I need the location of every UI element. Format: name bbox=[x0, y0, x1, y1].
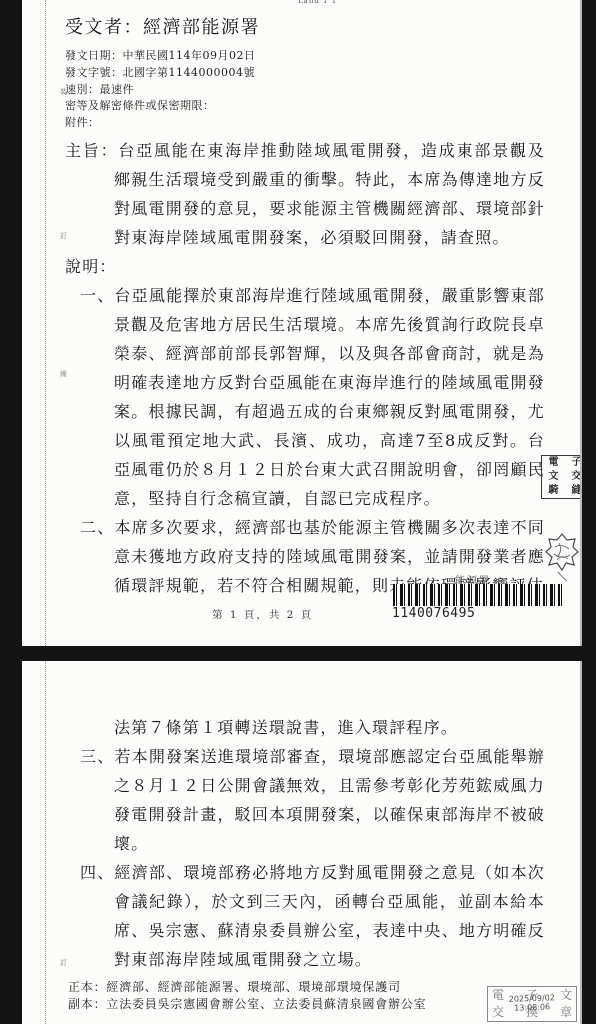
page1-body: 主旨：台亞風能在東海岸推動陸域風電開發，造成東部景觀及鄉親生活環境受到嚴重的衝擊… bbox=[65, 136, 545, 600]
exchange-stamp-timestamp: 2025/09/02 13:08:06 bbox=[488, 992, 577, 1013]
explanation-item-1: 一、台亞風能擇於東部海岸進行陸域風電開發，嚴重影響東部景觀及危害地方居民生活環境… bbox=[80, 281, 545, 513]
official-seal-icon bbox=[545, 531, 579, 587]
page2-body: 法第７條第１項轉送環說書，進入環評程序。 三、若本開發案送進環境部審查，環境部應… bbox=[65, 713, 545, 974]
barcode bbox=[393, 584, 563, 606]
side-stamp-char: 子 bbox=[565, 456, 582, 470]
item-1-number: 一、 bbox=[80, 286, 114, 305]
meta-issue-date: 發文日期：中華民國114年09月02日 bbox=[65, 48, 256, 65]
item-3-text: 若本開發案送進環境部審查，環境部應認定台亞風能舉辦之８月１２日公開會議無效，且需… bbox=[114, 747, 545, 853]
electronic-exchange-perforation-stamp: 電 子 文 交 騎 縫 bbox=[541, 455, 582, 499]
document-meta-block: 發文日期：中華民國114年09月02日 發文字號：北國字第1144000004號… bbox=[65, 48, 256, 132]
binding-dotted-line: 裝 訂 線 bbox=[45, 0, 46, 646]
subject-paragraph: 主旨：台亞風能在東海岸推動陸域風電開發，造成東部景觀及鄉親生活環境受到嚴重的衝擊… bbox=[65, 136, 545, 252]
cut-off-header-text: Land 1 1 bbox=[298, 0, 337, 5]
barcode-number: 1140076495 bbox=[392, 606, 475, 621]
meta-security-class: 密等及解密條件或保密期限： bbox=[65, 98, 256, 115]
electronic-exchange-stamp: 電 子 文 交 換 章 2025/09/02 13:08:06 bbox=[487, 986, 577, 1022]
page-number-footer: 第 1 頁，共 2 頁 bbox=[212, 607, 313, 622]
item-4-number: 四、 bbox=[80, 863, 114, 882]
explanation-item-4: 四、經濟部、環境部務必將地方反對風電開發之意見（如本次會議紀錄），於文到三天內，… bbox=[80, 858, 545, 974]
item-4-text: 經濟部、環境部務必將地方反對風電開發之意見（如本次會議紀錄），於文到三天內，函轉… bbox=[114, 863, 545, 969]
subject-text: 台亞風能在東海岸推動陸域風電開發，造成東部景觀及鄉親生活環境受到嚴重的衝擊。特此… bbox=[114, 141, 545, 247]
subject-label: 主旨： bbox=[65, 141, 118, 160]
explanation-item-3: 三、若本開發案送進環境部審查，環境部應認定台亞風能舉辦之８月１２日公開會議無效，… bbox=[80, 742, 545, 858]
side-stamp-char: 文 bbox=[542, 470, 565, 484]
meta-doc-number: 發文字號：北國字第1144000004號 bbox=[65, 65, 256, 82]
binding-dotted-line: 訂 bbox=[45, 661, 46, 1024]
side-stamp-char: 縫 bbox=[565, 484, 582, 498]
meta-attachment: 附件： bbox=[65, 115, 256, 132]
item-3-number: 三、 bbox=[80, 747, 114, 766]
document-page-2: 訂 法第７條第１項轉送環說書，進入環評程序。 三、若本開發案送進環境部審查，環境… bbox=[22, 661, 582, 1024]
meta-speed-class: 速別：最速件 bbox=[65, 82, 256, 99]
copy-recipients-line: 副本：立法委員吳宗憲國會辦公室、立法委員蘇清泉國會辦公室 bbox=[68, 995, 426, 1012]
side-stamp-char: 騎 bbox=[542, 484, 565, 498]
explanation-label: 說明： bbox=[65, 252, 545, 281]
side-stamp-char: 電 bbox=[542, 456, 565, 470]
original-recipients-line: 正本：經濟部、經濟部能源署、環境部、環境部環境保護司 bbox=[68, 978, 401, 995]
document-page-1: Land 1 1 裝 訂 線 受文者：經濟部能源署 發文日期：中華民國114年0… bbox=[22, 0, 582, 646]
recipient-line: 受文者：經濟部能源署 bbox=[65, 13, 260, 39]
item-2-continuation: 法第７條第１項轉送環說書，進入環評程序。 bbox=[114, 713, 545, 742]
item-2-number: 二、 bbox=[80, 518, 114, 537]
item-1-text: 台亞風能擇於東部海岸進行陸域風電開發，嚴重影響東部景觀及危害地方居民生活環境。本… bbox=[114, 286, 545, 508]
side-stamp-char: 交 bbox=[565, 470, 582, 484]
